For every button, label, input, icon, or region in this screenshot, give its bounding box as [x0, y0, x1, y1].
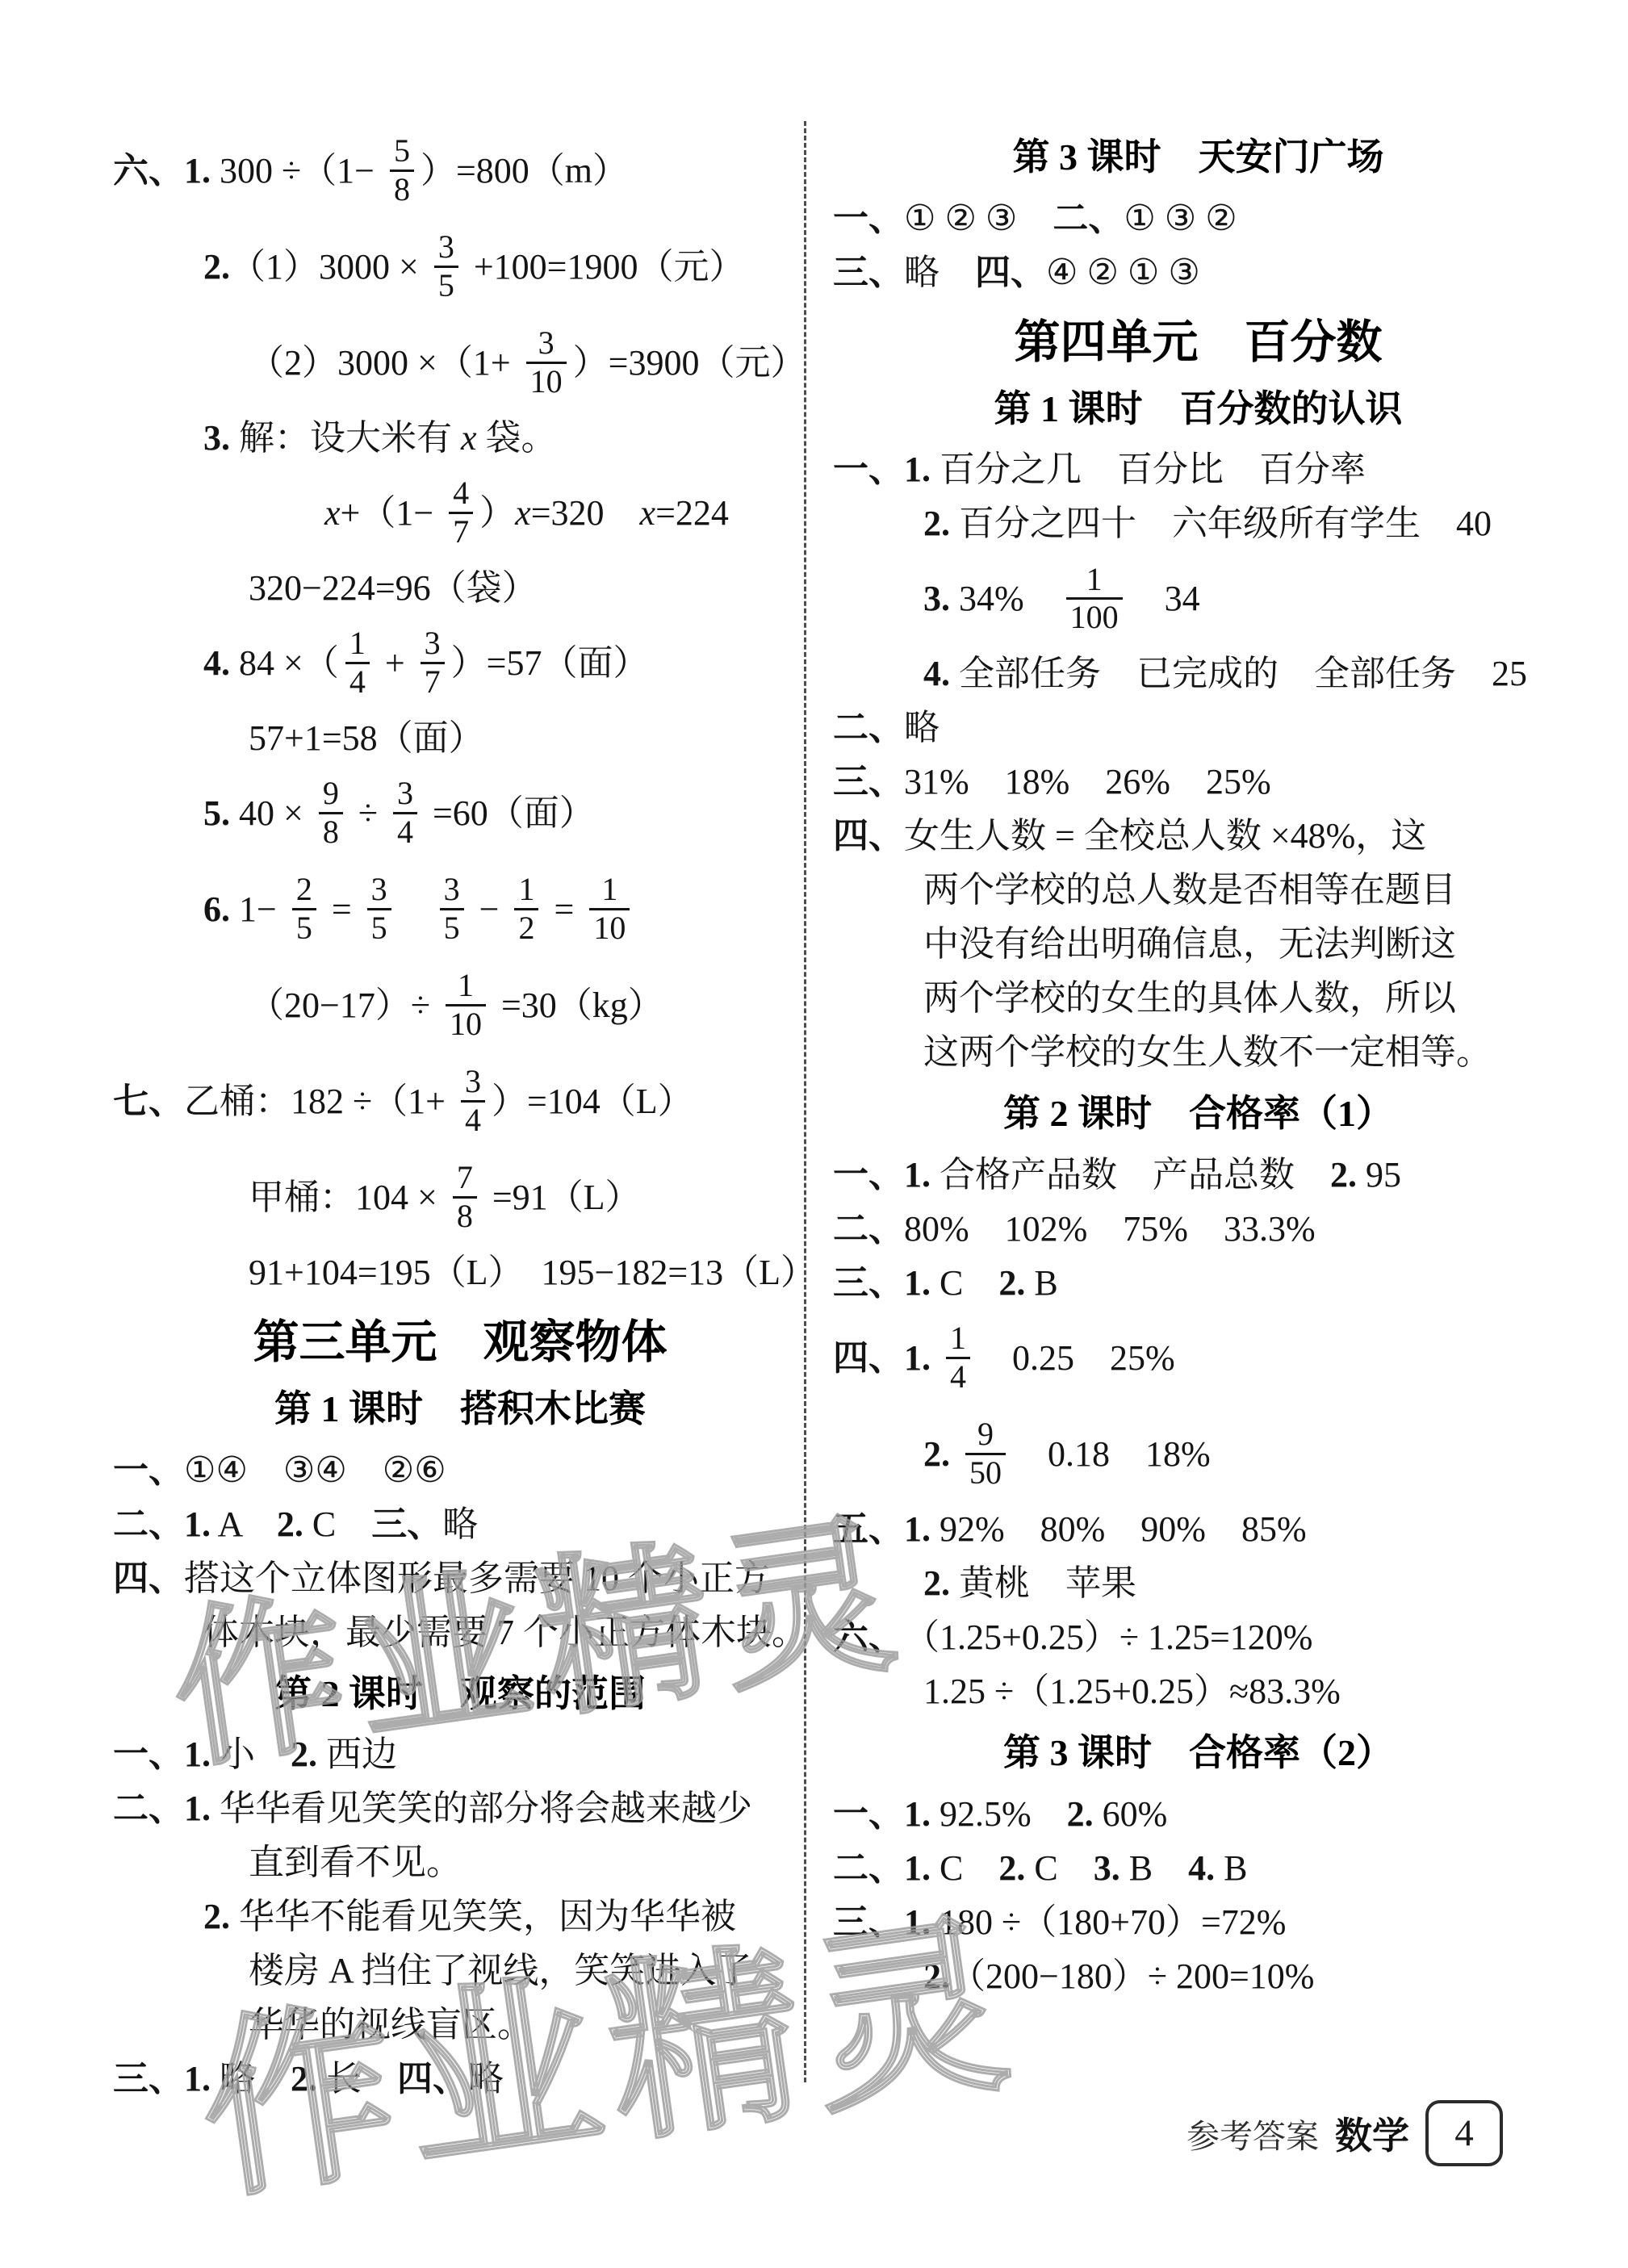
fraction-numerator: 3	[434, 229, 458, 266]
text-segment: 略	[468, 2057, 504, 2101]
text-segment: 2.	[291, 2057, 317, 2101]
text-segment: （200−180）÷ 200=10%	[950, 1954, 1314, 1998]
answer-line: 4. 全部任务 已完成的 全部任务 25	[833, 647, 1563, 701]
text-segment: 三、	[833, 1900, 904, 1944]
text-segment: x	[461, 416, 477, 460]
fraction: 14	[345, 626, 370, 701]
unit-header: 第三单元 观察物体	[113, 1312, 807, 1375]
fraction-denominator: 4	[345, 662, 370, 701]
text-segment: 2.	[923, 1561, 950, 1605]
fraction-numerator: 3	[461, 1064, 485, 1100]
lesson-header: 第 1 课时 百分数的认识	[833, 383, 1563, 437]
page-footer: 参考答案 数学 4	[1186, 2100, 1503, 2166]
fraction-numerator: 5	[390, 133, 414, 169]
fraction: 110	[446, 968, 486, 1043]
answer-line: 2. 华华不能看见笑笑，因为华华被	[113, 1889, 807, 1944]
fraction: 1100	[1066, 562, 1123, 637]
answer-line: 这两个学校的女生人数不一定相等。	[833, 1025, 1563, 1079]
text-segment: 91+104=195（L） 195−182=13（L）	[249, 1250, 816, 1295]
text-segment: +（1−	[341, 491, 443, 535]
text-segment: B	[1120, 1846, 1188, 1890]
fraction-numerator: 3	[367, 872, 391, 908]
text-segment: 40 ×	[230, 791, 312, 835]
text-segment: ÷	[349, 791, 387, 835]
answer-line: 二、略	[833, 701, 1563, 755]
text-segment: x	[640, 491, 656, 535]
answer-line: 六、1. 300 ÷（1− 58）=800（m）	[113, 123, 807, 219]
text-segment: 甲桶：104 ×	[249, 1175, 446, 1220]
text-segment: 300 ÷（1−	[211, 149, 383, 193]
answer-line: 体木块，最少需要 7 个小正方体木块。	[113, 1605, 807, 1659]
text-segment: 60%	[1094, 1792, 1168, 1836]
text-segment: 这两个学校的女生人数不一定相等。	[923, 1030, 1492, 1074]
text-segment: 1.	[184, 1786, 211, 1831]
fraction: 35	[434, 229, 458, 304]
text-segment: 2.	[923, 501, 950, 546]
text-segment: （1.25+0.25）÷ 1.25=120%	[904, 1615, 1312, 1659]
text-segment: 一、	[833, 447, 904, 492]
fraction-numerator: 9	[319, 776, 343, 812]
text-segment: 一、	[113, 1732, 184, 1776]
fraction: 37	[421, 626, 445, 701]
text-segment: 三、	[833, 759, 904, 804]
answer-line: 2. 百分之四十 六年级所有学生 40	[833, 496, 1563, 550]
fraction-denominator: 7	[421, 662, 445, 701]
answer-line: 三、略 四、④ ② ① ③	[833, 245, 1563, 299]
fraction-numerator: 1	[597, 872, 621, 908]
text-segment: 体木块，最少需要 7 个小正方体木块。	[203, 1610, 807, 1655]
text-segment: 2.	[277, 1502, 303, 1546]
answer-line: 六、（1.25+0.25）÷ 1.25=120%	[833, 1610, 1563, 1664]
answer-line: 2.（200−180）÷ 200=10%	[833, 1949, 1563, 2003]
text-segment: 1.	[184, 149, 211, 193]
text-segment: 直到看不见。	[249, 1840, 462, 1885]
text-segment: 6.	[203, 887, 230, 931]
answer-line: 两个学校的总人数是否相等在题目	[833, 863, 1563, 917]
answer-line: 四、女生人数 = 全校总人数 ×48%，这	[833, 809, 1563, 863]
text-segment: 1−	[230, 887, 286, 931]
text-segment: 二、	[1053, 196, 1124, 241]
text-segment: 三、	[113, 2057, 184, 2101]
text-segment: 320−224=96（袋）	[249, 566, 538, 610]
text-segment: =	[545, 887, 583, 931]
answer-line: 二、1. 华华看见笑笑的部分将会越来越少	[113, 1781, 807, 1835]
text-segment: （2）3000 ×（1+	[249, 341, 520, 385]
text-segment: 34	[1129, 576, 1200, 621]
text-segment	[398, 887, 433, 931]
answer-line: 三、31% 18% 26% 25%	[833, 755, 1563, 809]
text-segment: 乙桶：182 ÷（1+	[184, 1079, 454, 1124]
text-segment: ①④ ③④ ②⑥	[184, 1448, 446, 1492]
footer-label: 参考答案	[1186, 2110, 1319, 2157]
fraction: 58	[390, 133, 414, 208]
answer-line: 57+1=58（面）	[113, 711, 807, 765]
text-segment: （1）3000 ×	[230, 245, 428, 289]
text-segment: 0.25 25%	[977, 1336, 1175, 1380]
answer-line: 华华的视线盲区。	[113, 1998, 807, 2052]
text-segment: ）=800（m）	[421, 149, 628, 193]
fraction-numerator: 4	[449, 475, 473, 512]
text-segment: 2.	[998, 1261, 1025, 1305]
text-segment: C	[303, 1502, 371, 1546]
answer-line: 一、1. 92.5% 2. 60%	[833, 1787, 1563, 1841]
text-segment: 百分之几 百分比 百分率	[931, 447, 1366, 492]
text-segment: 二、	[113, 1786, 184, 1831]
answer-line: 1.25 ÷（1.25+0.25）≈83.3%	[833, 1664, 1563, 1718]
answer-line: 楼房 A 挡住了视线，笑笑进入了	[113, 1944, 807, 1998]
text-segment: =224	[655, 491, 729, 535]
text-segment: 4.	[923, 651, 950, 696]
answer-line: 五、1. 92% 80% 90% 85%	[833, 1502, 1563, 1556]
text-segment: 1.25 ÷（1.25+0.25）≈83.3%	[923, 1669, 1341, 1714]
text-segment: 1.	[904, 1846, 931, 1890]
answer-line: 2.（1）3000 × 35 +100=1900（元）	[113, 219, 807, 315]
fraction-numerator: 7	[453, 1160, 477, 1196]
text-segment: 四、	[397, 2057, 468, 2101]
answer-line: 2. 950 0.18 18%	[833, 1406, 1563, 1502]
text-segment: 略	[904, 250, 975, 295]
text-segment	[931, 1336, 940, 1380]
text-segment: 楼房 A 挡住了视线，笑笑进入了	[249, 1948, 751, 1993]
text-segment: ）=3900（元）	[573, 341, 806, 385]
fraction: 47	[449, 475, 473, 550]
text-segment: C	[1025, 1846, 1093, 1890]
fraction-numerator: 1	[946, 1320, 970, 1357]
text-segment: ① ② ③	[904, 196, 1053, 241]
answer-line: 6. 1− 25 = 35 35 − 12 = 110	[113, 861, 807, 957]
text-segment: 六、	[113, 149, 184, 193]
text-segment: =320	[531, 491, 640, 535]
text-segment: 4.	[1188, 1846, 1215, 1890]
text-segment: 三、	[833, 250, 904, 295]
text-segment: 两个学校的女生的具体人数，所以	[923, 976, 1456, 1020]
text-segment: 三、	[371, 1502, 442, 1546]
fraction: 950	[965, 1416, 1006, 1492]
fraction: 34	[461, 1064, 485, 1139]
text-segment: 1.	[184, 1732, 211, 1776]
answer-line: 一、① ② ③ 二、① ③ ②	[833, 191, 1563, 245]
text-segment: 黄桃 苹果	[950, 1561, 1136, 1605]
text-segment: 搭这个立体图形最多需要 10 个小正方	[184, 1556, 770, 1601]
text-segment: 1.	[904, 447, 931, 492]
text-segment: 1.	[904, 1900, 931, 1944]
fraction-numerator: 3	[421, 626, 445, 662]
text-segment: 中没有给出明确信息，无法判断这	[923, 922, 1456, 966]
text-segment: 34%	[950, 576, 1060, 621]
fraction: 110	[589, 872, 630, 947]
footer-subject: 数学	[1335, 2107, 1409, 2160]
answer-line: 5. 40 × 98 ÷ 34 =60（面）	[113, 765, 807, 861]
answer-line: 二、80% 102% 75% 33.3%	[833, 1202, 1563, 1256]
answer-line: （20−17）÷ 110 =30（kg）	[113, 957, 807, 1053]
text-segment: 180 ÷（180+70）=72%	[931, 1900, 1286, 1944]
text-segment: 5.	[203, 791, 230, 835]
text-segment: 两个学校的总人数是否相等在题目	[923, 868, 1456, 912]
text-segment: A	[211, 1502, 277, 1546]
text-segment: 2.	[203, 245, 230, 289]
text-segment: ）=57（面）	[451, 641, 649, 685]
answer-line: 七、乙桶：182 ÷（1+ 34）=104（L）	[113, 1053, 807, 1149]
unit-header: 第四单元 百分数	[833, 312, 1563, 375]
text-segment: 华华不能看见笑笑，因为华华被	[230, 1894, 736, 1939]
text-segment: 92% 80% 90% 85%	[931, 1507, 1307, 1551]
answer-line: 一、1. 小 2. 西边	[113, 1727, 807, 1781]
text-segment: 全部任务 已完成的 全部任务 25	[950, 651, 1527, 696]
text-segment: C	[931, 1846, 998, 1890]
text-segment: 三、	[833, 1261, 904, 1305]
answer-line: 四、1. 14 0.25 25%	[833, 1310, 1563, 1406]
text-segment: 一、	[113, 1448, 184, 1492]
text-segment: 1.	[904, 1792, 931, 1836]
text-segment: 西边	[317, 1732, 397, 1776]
text-segment: 百分之四十 六年级所有学生 40	[950, 501, 1492, 546]
text-segment: 二、	[833, 1207, 904, 1251]
text-segment: 3.	[1094, 1846, 1120, 1890]
fraction-numerator: 1	[514, 872, 538, 908]
answer-line: 三、1. 180 ÷（180+70）=72%	[833, 1895, 1563, 1949]
text-segment: 2.	[203, 1894, 230, 1939]
text-segment: =60（面）	[424, 791, 595, 835]
fraction-numerator: 3	[393, 776, 417, 812]
answer-line: 3. 解：设大米有 x 袋。	[113, 411, 807, 465]
text-segment	[950, 1432, 959, 1476]
text-segment: 2.	[923, 1954, 950, 1998]
page-number: 4	[1454, 2111, 1474, 2155]
answer-line: （2）3000 ×（1+ 310）=3900（元）	[113, 315, 807, 411]
text-segment: 小	[211, 1732, 291, 1776]
lesson-header: 第 3 课时 天安门广场	[833, 131, 1563, 185]
text-segment: 4.	[203, 641, 230, 685]
fraction-numerator: 3	[440, 872, 464, 908]
text-segment: 七、	[113, 1079, 184, 1124]
fraction-denominator: 4	[393, 812, 417, 851]
page-number-box: 4	[1425, 2100, 1503, 2166]
fraction: 35	[367, 872, 391, 947]
text-segment: 3.	[203, 416, 230, 460]
fraction-denominator: 8	[453, 1196, 477, 1235]
answer-line: 4. 84 ×（14 + 37）=57（面）	[113, 615, 807, 711]
fraction: 35	[440, 872, 464, 947]
fraction: 34	[393, 776, 417, 851]
text-segment: 80% 102% 75% 33.3%	[904, 1207, 1316, 1251]
text-segment: 华华的视线盲区。	[249, 2002, 533, 2047]
fraction-numerator: 1	[454, 968, 478, 1004]
text-segment: 57+1=58（面）	[249, 716, 484, 760]
text-segment: 二、	[113, 1502, 184, 1546]
lesson-header: 第 2 课时 合格率（1）	[833, 1087, 1563, 1141]
text-segment: B	[1025, 1261, 1057, 1305]
answer-line: 3. 34% 1100 34	[833, 550, 1563, 647]
text-segment: 一、	[833, 1792, 904, 1836]
answer-line: 一、1. 合格产品数 产品总数 2. 95	[833, 1148, 1563, 1202]
text-segment: 四、	[833, 1336, 904, 1380]
fraction-denominator: 50	[965, 1453, 1006, 1492]
text-segment: （20−17）÷	[249, 983, 439, 1027]
text-segment: 1.	[904, 1507, 931, 1551]
text-segment: 92.5%	[931, 1792, 1067, 1836]
answer-line: 91+104=195（L） 195−182=13（L）	[113, 1245, 807, 1299]
answer-line: 一、①④ ③④ ②⑥	[113, 1443, 807, 1497]
fraction: 310	[526, 325, 567, 400]
left-column: 六、1. 300 ÷（1− 58）=800（m）2.（1）3000 × 35 +…	[113, 123, 807, 2106]
fraction: 25	[292, 872, 316, 947]
text-segment: 1.	[904, 1153, 931, 1197]
fraction-denominator: 2	[514, 908, 538, 947]
text-segment: 2.	[291, 1732, 317, 1776]
text-segment: 2.	[1067, 1792, 1094, 1836]
text-segment: 略	[904, 705, 940, 750]
text-segment: 95	[1357, 1153, 1401, 1197]
answer-line: 四、搭这个立体图形最多需要 10 个小正方	[113, 1551, 807, 1605]
text-segment: 袋。	[477, 416, 557, 460]
fraction-denominator: 5	[367, 908, 391, 947]
text-segment: 2.	[998, 1846, 1025, 1890]
text-segment: 2.	[1330, 1153, 1357, 1197]
fraction-numerator: 3	[534, 325, 559, 362]
text-segment: +	[376, 641, 414, 685]
fraction: 12	[514, 872, 538, 947]
fraction: 98	[319, 776, 343, 851]
answer-line: 直到看不见。	[113, 1835, 807, 1889]
fraction-denominator: 100	[1066, 597, 1123, 636]
text-segment: 二、	[833, 705, 904, 750]
lesson-header: 第 2 课时 观察的范围	[113, 1668, 807, 1722]
text-segment: 一、	[833, 196, 904, 241]
answer-line: x+（1− 47）x=320 x=224	[113, 465, 807, 561]
text-segment: 合格产品数 产品总数	[931, 1153, 1330, 1197]
text-segment: 解：设大米有	[230, 416, 461, 460]
text-segment: 84 ×（	[230, 641, 339, 685]
fraction-numerator: 2	[292, 872, 316, 908]
text-segment: 女生人数 = 全校总人数 ×48%，这	[904, 814, 1426, 858]
fraction-denominator: 5	[440, 908, 464, 947]
answer-line: 二、1. C 2. C 3. B 4. B	[833, 1841, 1563, 1895]
text-segment: 0.18 18%	[1012, 1432, 1211, 1476]
text-segment: =91（L）	[483, 1175, 641, 1220]
text-segment: ④ ② ① ③	[1046, 250, 1200, 295]
fraction: 78	[453, 1160, 477, 1235]
fraction-denominator: 8	[390, 169, 414, 208]
answer-line: 甲桶：104 × 78 =91（L）	[113, 1149, 807, 1245]
text-segment: C	[931, 1261, 998, 1305]
text-segment: 华华看见笑笑的部分将会越来越少	[211, 1786, 752, 1831]
text-segment: 四、	[833, 814, 904, 858]
text-segment: 略	[442, 1502, 478, 1546]
text-segment: 四、	[113, 1556, 184, 1601]
fraction-numerator: 1	[345, 626, 370, 662]
fraction-denominator: 5	[292, 908, 316, 947]
text-segment: =30（kg）	[492, 983, 663, 1027]
text-segment: 五、	[833, 1507, 904, 1551]
text-segment: x	[515, 491, 531, 535]
answer-line: 三、1. C 2. B	[833, 1256, 1563, 1310]
answer-line: 中没有给出明确信息，无法判断这	[833, 917, 1563, 971]
right-column: 第 3 课时 天安门广场一、① ② ③ 二、① ③ ②三、略 四、④ ② ① ③…	[833, 123, 1563, 2003]
text-segment: 31% 18% 26% 25%	[904, 759, 1271, 804]
text-segment: 一、	[833, 1153, 904, 1197]
answer-line: 三、1. 略 2. 长 四、略	[113, 2052, 807, 2106]
text-segment: =	[323, 887, 361, 931]
text-segment: −	[471, 887, 508, 931]
text-segment: ① ③ ②	[1124, 196, 1237, 241]
answer-line: 2. 黄桃 苹果	[833, 1556, 1563, 1610]
text-segment: 长	[317, 2057, 397, 2101]
fraction-numerator: 9	[973, 1416, 998, 1453]
fraction-denominator: 10	[526, 362, 567, 400]
text-segment: 六、	[833, 1615, 904, 1659]
text-segment: 1.	[904, 1336, 931, 1380]
fraction-denominator: 4	[946, 1357, 970, 1396]
text-segment: ）=104（L）	[492, 1079, 693, 1124]
text-segment: 1.	[184, 1502, 211, 1546]
answer-line: 两个学校的女生的具体人数，所以	[833, 971, 1563, 1025]
fraction-numerator: 1	[1082, 562, 1107, 598]
fraction-denominator: 4	[461, 1100, 485, 1139]
fraction-denominator: 10	[446, 1004, 486, 1043]
text-segment: B	[1215, 1846, 1247, 1890]
text-segment: 2.	[923, 1432, 950, 1476]
fraction-denominator: 8	[319, 812, 343, 851]
answer-line: 320−224=96（袋）	[113, 561, 807, 615]
lesson-header: 第 3 课时 合格率（2）	[833, 1726, 1563, 1781]
text-segment: 四、	[975, 250, 1046, 295]
fraction-denominator: 7	[449, 512, 473, 550]
text-segment: x	[324, 491, 341, 535]
workbook-answer-page: 六、1. 300 ÷（1− 58）=800（m）2.（1）3000 × 35 +…	[0, 0, 1628, 2268]
lesson-header: 第 1 课时 搭积木比赛	[113, 1383, 807, 1437]
text-segment: 1.	[904, 1261, 931, 1305]
text-segment: 二、	[833, 1846, 904, 1890]
answer-line: 一、1. 百分之几 百分比 百分率	[833, 442, 1563, 496]
text-segment: 3.	[923, 576, 950, 621]
fraction: 14	[946, 1320, 970, 1396]
text-segment: 略	[211, 2057, 291, 2101]
fraction-denominator: 10	[589, 908, 630, 947]
answer-line: 二、1. A 2. C 三、略	[113, 1497, 807, 1551]
text-segment: ）	[479, 491, 515, 535]
text-segment: 1.	[184, 2057, 211, 2101]
fraction-denominator: 5	[434, 266, 458, 304]
text-segment: +100=1900（元）	[465, 245, 745, 289]
